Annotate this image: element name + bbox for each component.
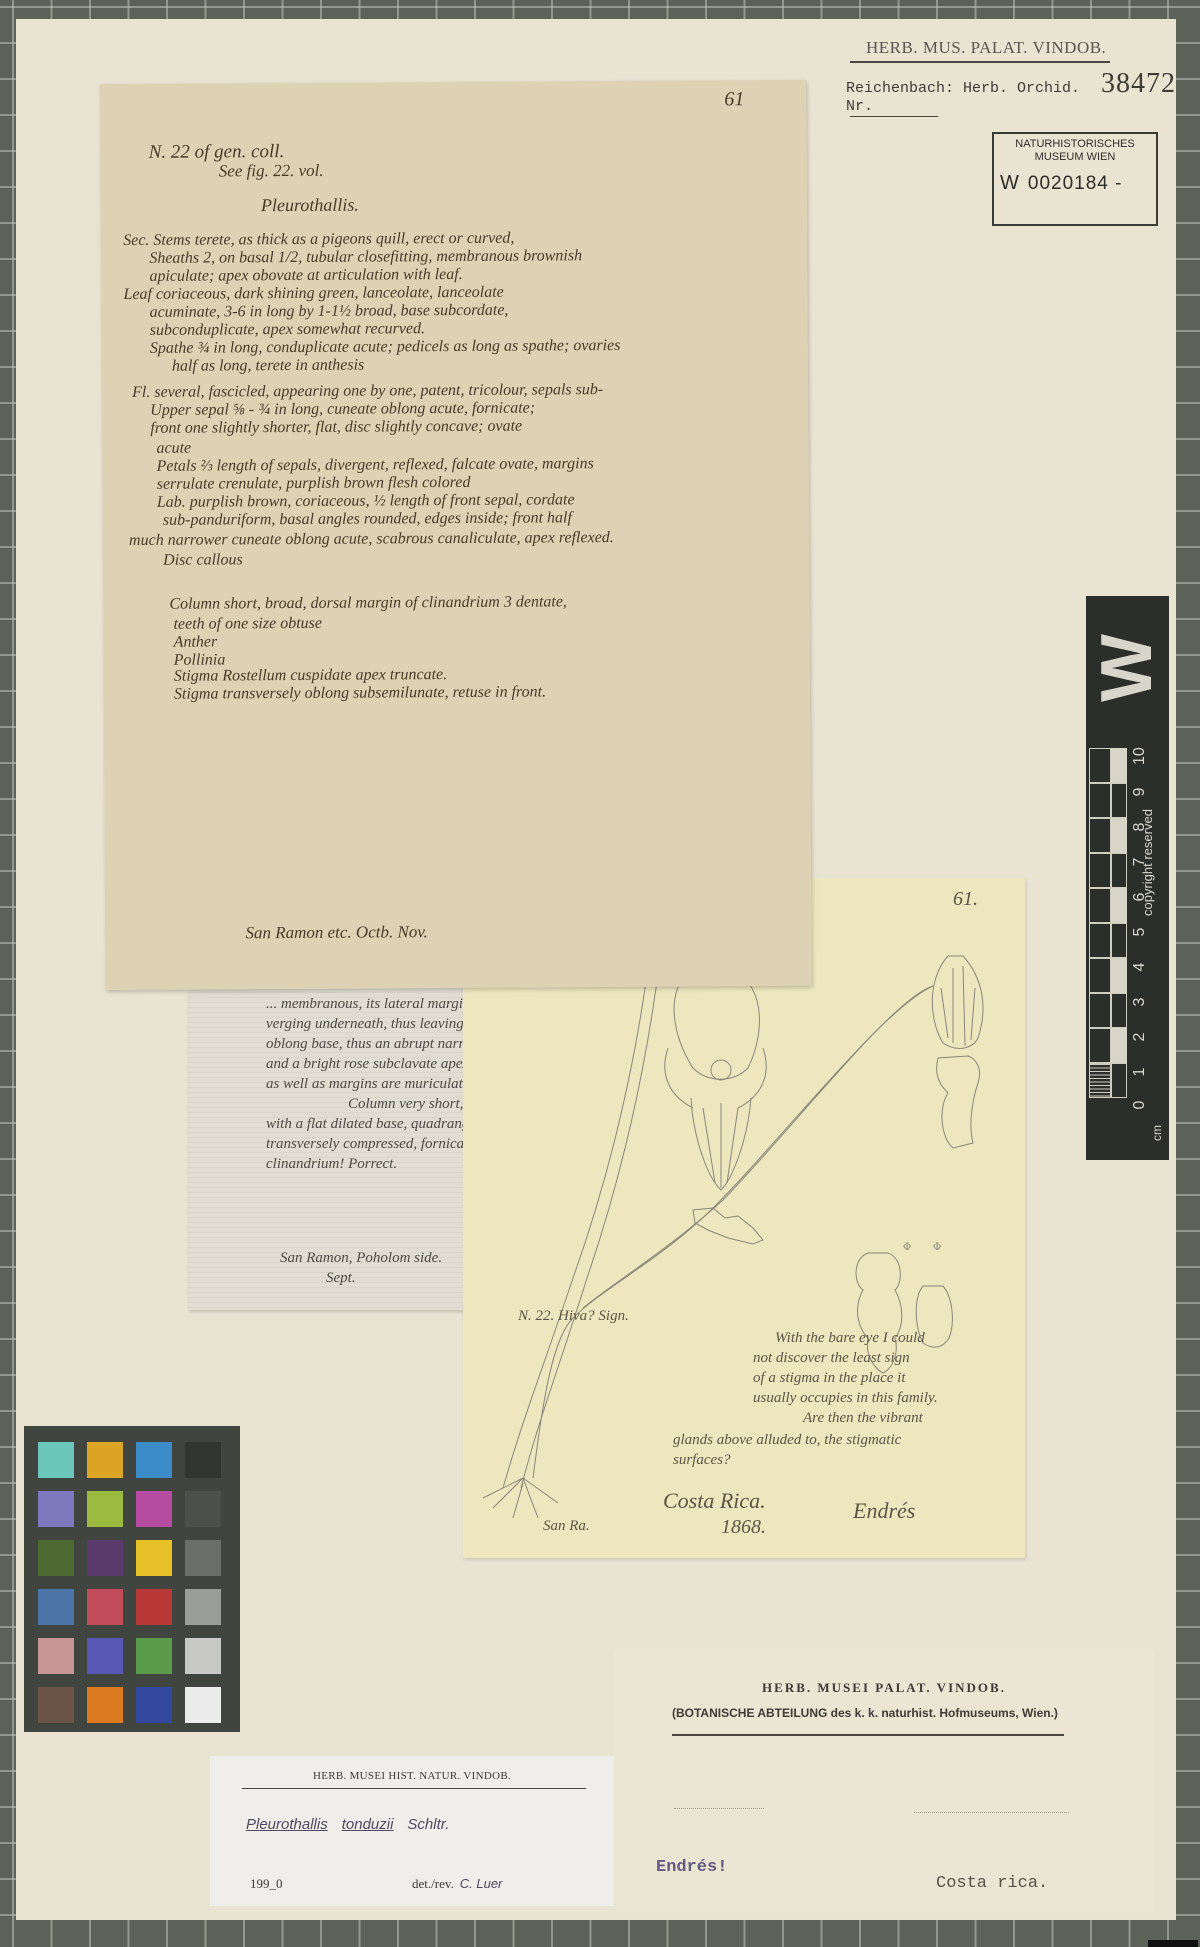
coll-label-title: HERB. MUSEI PALAT. VINDOB. [614,1680,1154,1696]
color-swatch [185,1589,221,1625]
collector-label: HERB. MUSEI PALAT. VINDOB. (BOTANISCHE A… [614,1650,1154,1912]
drawing-note-line: Are then the vibrant [803,1410,923,1427]
scale-bar: W 10 9 8 7 6 5 4 3 2 1 0 copyright reser… [1086,596,1169,1160]
taxon-genus: Pleurothallis [246,1816,328,1833]
ms2-month: Sept. [326,1270,356,1287]
ms1-locality-date: San Ramon etc. Octb. Nov. [245,922,428,943]
ms1-line: Disc callous [163,551,243,569]
det-label-rule [242,1788,586,1789]
det-prefix: det./rev. [412,1876,454,1891]
taxon-author: Schltr. [407,1816,449,1833]
coll-label-dotted-line [914,1812,1069,1813]
collector-name: Endrés! [656,1858,727,1877]
ms1-line: Anther [174,633,218,651]
stamp-collection: Reichenbach: Herb. Orchid. Nr. [846,80,1097,116]
color-swatch [136,1491,172,1527]
color-swatch [38,1442,74,1478]
drawing-note-line: usually occupies in this family. [753,1390,938,1407]
color-swatch [185,1442,221,1478]
ruler [1089,748,1127,1148]
color-calibration-chart [24,1426,240,1732]
drawing-signature: Endrés [853,1498,915,1524]
stamp-line: Reichenbach: Herb. Orchid. Nr. 38472 [846,67,1176,116]
coll-label-rule [672,1734,1064,1736]
ms1-line: apiculate; apex obovate at articulation … [149,266,462,286]
stamp-title: HERB. MUS. PALAT. VINDOB. [846,38,1176,58]
color-swatch [185,1638,221,1674]
determiner-name: C. Luer [460,1876,503,1891]
determination-label: HERB. MUSEI HIST. NATUR. VINDOB. Pleurot… [210,1756,614,1906]
ms1-line: See fig. 22. vol. [219,161,324,182]
drawing-locality-short: San Ra. [543,1518,590,1535]
color-swatch [185,1687,221,1723]
color-swatch [136,1442,172,1478]
museum-id: W0020184 - [994,172,1156,195]
color-swatch [87,1638,123,1674]
drawing-note-line: With the bare eye I could [775,1330,925,1347]
scale-tick: 2 [1131,1029,1149,1045]
color-swatch [87,1540,123,1576]
drawing-specimen-number: N. 22. Hiva? Sign. [518,1308,629,1325]
color-swatch [38,1589,74,1625]
scale-unit: cm [1150,1125,1164,1141]
scale-tick: 0 [1131,1097,1149,1113]
det-year: 199_0 [250,1876,283,1892]
drawing-note-line: not discover the least sign [753,1350,910,1367]
ms1-line: acuminate, 3-6 in long by 1-1½ broad, ba… [150,302,509,322]
color-swatch [136,1687,172,1723]
ms1-line: half as long, terete in anthesis [172,357,364,376]
ms1-line: Petals ⅔ length of sepals, divergent, re… [157,455,594,476]
ms1-line: acute [156,440,191,458]
svg-text:Φ: Φ [903,1242,911,1253]
svg-text:Φ: Φ [933,1242,941,1253]
museum-name: NATURHISTORISCHES MUSEUM WIEN [994,138,1156,164]
color-swatch [38,1540,74,1576]
museum-logo-icon: W [1094,636,1160,702]
color-swatch [87,1442,123,1478]
color-swatch [38,1687,74,1723]
det-label-header: HERB. MUSEI HIST. NATUR. VINDOB. [210,1770,614,1782]
color-swatch [185,1540,221,1576]
ms1-line: front one slightly shorter, flat, disc s… [150,418,522,438]
museum-id-suffix: - [1115,173,1122,194]
det-by: det./rev.C. Luer [412,1876,502,1892]
ms1-line: teeth of one size obtuse [173,615,322,634]
scale-tick: 1 [1131,1064,1149,1080]
ms1-line: subconduplicate, apex somewhat recurved. [150,320,425,340]
color-swatch [87,1589,123,1625]
drawing-year: 1868. [721,1516,766,1539]
stamp-underline [850,116,938,118]
drawing-note-line: of a stigma in the place it [753,1370,905,1387]
ms1-line: much narrower cuneate oblong acute, scab… [129,529,614,550]
ms1-line: Sec. Stems terete, as thick as a pigeons… [123,230,514,250]
scale-tick: 3 [1131,994,1149,1010]
color-swatch [136,1540,172,1576]
coll-label-subtitle: (BOTANISCHE ABTEILUNG des k. k. naturhis… [672,1706,1058,1720]
ms1-page-number: 61 [724,88,744,111]
ms1-line: Stigma transversely oblong subsemilunate… [174,683,546,703]
museum-id-prefix: W [1000,172,1020,194]
stamp-rule [850,61,1110,63]
ms1-line: Spathe ¾ in long, conduplicate acute; pe… [150,337,621,358]
museum-name-line2: MUSEUM WIEN [994,151,1156,164]
scale-tick: 4 [1131,959,1149,975]
ms1-line: sub-panduriform, basal angles rounded, e… [163,509,572,529]
color-swatch [38,1638,74,1674]
stamp-number: 38472 [1101,67,1176,101]
museum-name-line1: NATURHISTORISCHES [994,138,1156,151]
herbarium-stamp: HERB. MUS. PALAT. VINDOB. Reichenbach: H… [846,38,1176,117]
museum-id-stamp: NATURHISTORISCHES MUSEUM WIEN W0020184 - [992,132,1158,226]
copyright-text: copyright reserved [1140,746,1155,916]
coll-label-dotted-line [674,1808,764,1809]
ms1-line: serrulate crenulate, purplish brown fles… [157,474,471,494]
drawing-locality: Costa Rica. [663,1488,766,1514]
ms1-line: Column short, broad, dorsal margin of cl… [169,593,567,613]
license-badge-icon [1148,1940,1198,1947]
drawing-note-line: glands above alluded to, the stigmatic [673,1432,901,1449]
color-swatch [185,1491,221,1527]
color-swatch [87,1491,123,1527]
drawing-note-line: surfaces? [673,1452,731,1469]
scale-tick: 5 [1131,924,1149,940]
manuscript-page-1: 61 N. 22 of gen. coll. See fig. 22. vol.… [100,80,812,990]
color-swatch [38,1491,74,1527]
ms1-line: Pleurothallis. [261,195,359,217]
museum-id-number: 0020184 [1028,173,1109,194]
color-swatch [87,1687,123,1723]
ms2-line: clinandrium! Porrect. [266,1156,397,1173]
ms1-line: Upper sepal ⅝ - ¾ in long, cuneate oblon… [150,400,535,420]
collection-country: Costa rica. [936,1874,1048,1893]
ms1-line: Stigma Rostellum cuspidate apex truncate… [174,666,447,686]
ms1-line: Leaf coriaceous, dark shining green, lan… [123,284,503,304]
taxon-species: tonduzii [342,1816,394,1833]
color-swatch [136,1589,172,1625]
ms1-line: Sheaths 2, on basal 1/2, tubular closefi… [149,247,582,268]
taxon-name: PleurothallistonduziiSchltr. [246,1816,449,1833]
color-swatch [136,1638,172,1674]
ms2-locality: San Ramon, Poholom side. [280,1250,442,1267]
